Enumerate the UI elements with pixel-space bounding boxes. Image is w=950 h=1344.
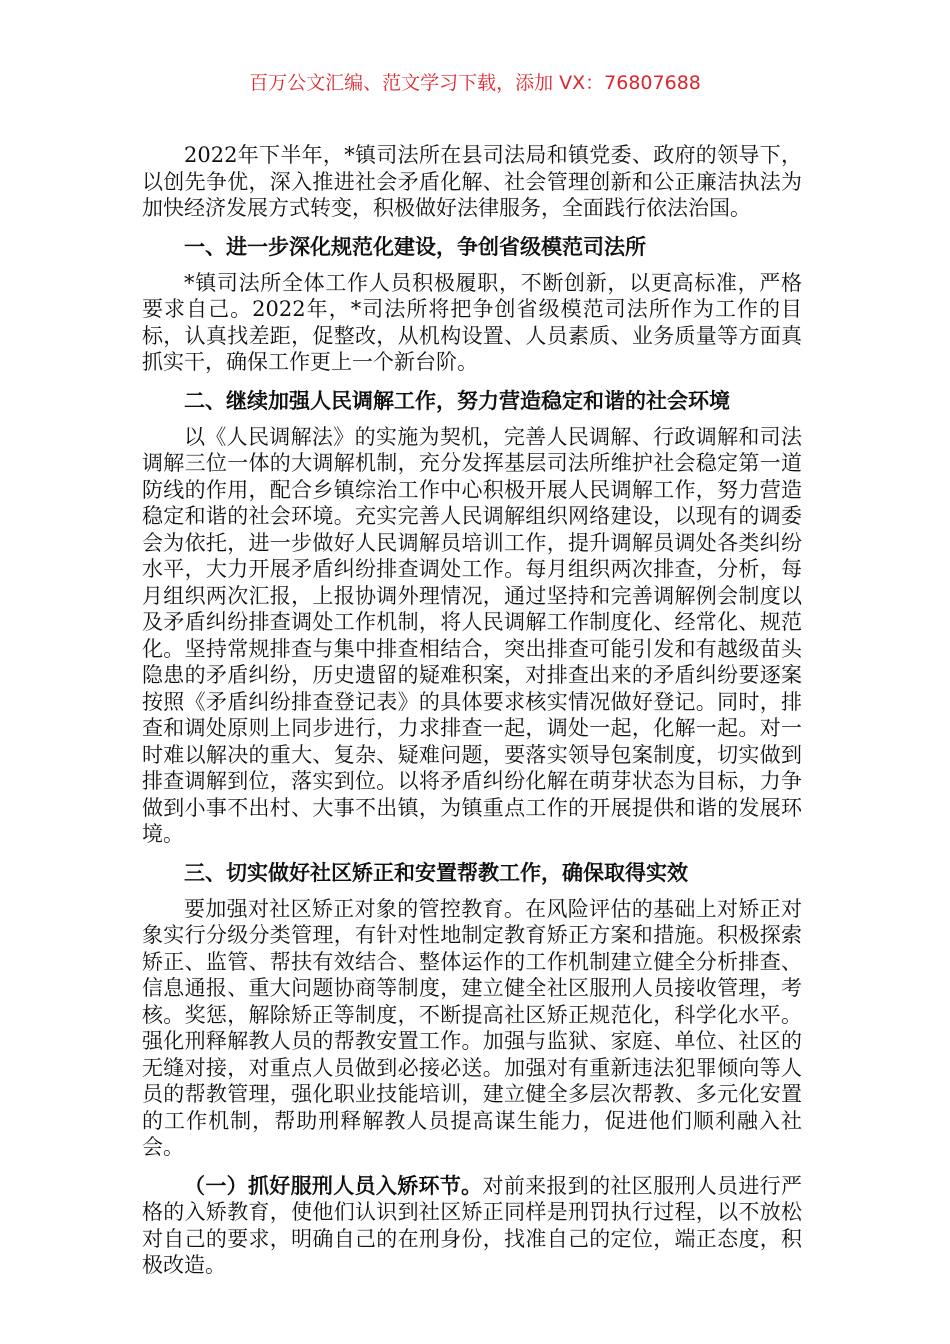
section-1-body: *镇司法所全体工作人员积极履职，不断创新，以更高标准，严格要求自己。2022年，… bbox=[142, 270, 802, 376]
intro-paragraph: 2022年下半年，*镇司法所在县司法局和镇党委、政府的领导下，以创先争优，深入推… bbox=[142, 142, 802, 222]
section-2-body: 以《人民调解法》的实施为契机，完善人民调解、行政调解和司法调解三位一体的大调解机… bbox=[142, 424, 802, 848]
section-3-body: 要加强对社区矫正对象的管控教育。在风险评估的基础上对矫正对象实行分级分类管理，有… bbox=[142, 896, 802, 1161]
subsection-1-lead: （一）抓好服刑人员入矫环节。 bbox=[184, 1174, 483, 1198]
section-2-heading: 二、继续加强人民调解工作，努力营造稳定和谐的社会环境 bbox=[142, 388, 802, 414]
section-1-heading: 一、进一步深化规范化建设，争创省级模范司法所 bbox=[142, 234, 802, 260]
document-body: 2022年下半年，*镇司法所在县司法局和镇党委、政府的领导下，以创先争优，深入推… bbox=[142, 142, 802, 1279]
document-page: 百万公文汇编、范文学习下载，添加 VX：76807688 2022年下半年，*镇… bbox=[0, 0, 950, 1344]
subsection-1-paragraph: （一）抓好服刑人员入矫环节。对前来报到的社区服刑人员进行严格的入矫教育，使他们认… bbox=[142, 1173, 802, 1279]
section-3-heading: 三、切实做好社区矫正和安置帮教工作，确保取得实效 bbox=[142, 860, 802, 886]
download-banner: 百万公文汇编、范文学习下载，添加 VX：76807688 bbox=[0, 68, 950, 95]
